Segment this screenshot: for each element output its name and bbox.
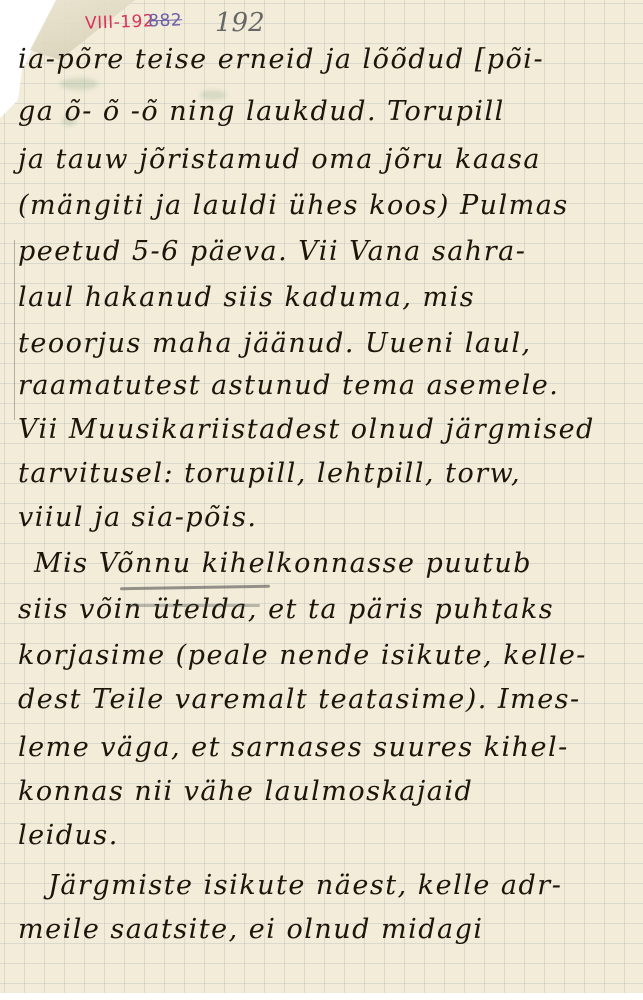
text-line: Järgmiste isikute näest, kelle adr- [48, 870, 562, 901]
text-line: teoorjus maha jäänud. Uueni laul, [18, 328, 532, 359]
stain [60, 78, 98, 90]
margin-pencil-line [14, 240, 15, 420]
struck-number: 882 [148, 10, 183, 31]
text-line: korjasime (peale nende isikute, kelle- [18, 640, 587, 671]
text-line: ia-põre teise erneid ja lõõdud [põi- [18, 44, 544, 75]
text-line: siis võin ütelda, et ta päris puhtaks [18, 594, 554, 625]
text-line: peetud 5-6 päeva. Vii Vana sahra- [18, 236, 526, 267]
page-number: 192 [215, 8, 265, 38]
archive-stamp: VIII-192882 [85, 10, 183, 33]
text-line: meile saatsite, ei olnud midagi [18, 914, 484, 945]
text-line: ja tauw jõristamud oma jõru kaasa [18, 144, 541, 175]
underline-mark [130, 604, 260, 607]
text-line: (mängiti ja lauldi ühes koos) Pulmas [18, 190, 569, 221]
text-line: konnas nii vähe laulmoskajaid [18, 776, 473, 807]
text-line: Vii Muusikariistadest olnud järgmised [18, 414, 595, 445]
text-line: leme väga, et sarnases suures kihel- [18, 732, 569, 763]
text-line: viiul ja sia-põis. [18, 502, 258, 533]
text-line: laul hakanud siis kaduma, mis [18, 282, 475, 313]
stamp-text: VIII-192 [85, 11, 155, 33]
text-line: tarvitusel: torupill, lehtpill, torw, [18, 458, 521, 489]
text-line: leidus. [18, 820, 119, 851]
text-line: dest Teile varemalt teatasime). Imes- [18, 684, 581, 715]
text-line: raamatutest astunud tema asemele. [18, 370, 559, 401]
text-line: ga õ- õ -õ ning laukdud. Torupill [18, 96, 505, 127]
text-line: Mis Võnnu kihelkonnasse puutub [34, 548, 532, 579]
page-bottom-edge [0, 993, 643, 1000]
